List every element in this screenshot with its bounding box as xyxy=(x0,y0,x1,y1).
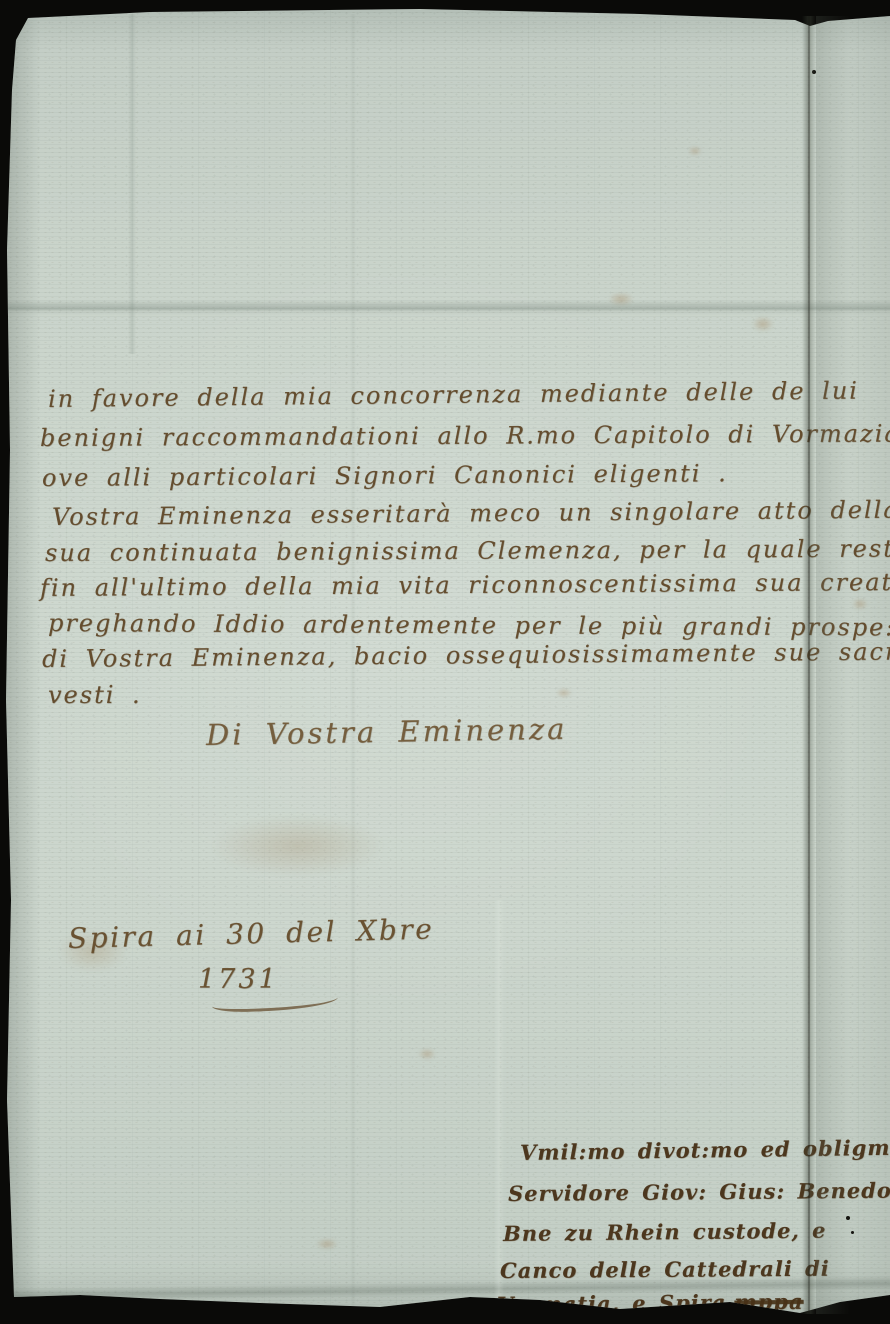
dateline-year: 1731 xyxy=(198,964,279,995)
body-paragraph1-line3: ove alli particolari Signori Canonici el… xyxy=(42,459,728,492)
foxing-spot xyxy=(608,292,634,306)
signature-line5: Vormatia, e Spiramppa xyxy=(497,1289,804,1317)
body-paragraph2-line3: fin all'ultimo della mia vita riconnosce… xyxy=(40,568,890,602)
body-paragraph2-line6: vesti . xyxy=(48,681,142,709)
signature-line4: Canco delle Cattedrali di xyxy=(500,1256,830,1283)
struck-out-word: mppa xyxy=(734,1289,803,1315)
closing-salutation: Di Vostra Eminenza xyxy=(206,712,568,752)
vertical-crease-center xyxy=(494,900,504,1312)
manuscript-photo-background: in favore della mia concorrenza mediante… xyxy=(0,0,890,1324)
horizontal-fold-crease-top xyxy=(8,300,890,316)
foxing-spot xyxy=(688,146,702,156)
body-paragraph2-line4: preghando Iddio ardentemente per le più … xyxy=(48,609,890,642)
letter-page: in favore della mia concorrenza mediante… xyxy=(0,0,890,1324)
foxing-spot xyxy=(852,598,868,610)
paper-speck xyxy=(851,1231,854,1234)
signature-line3: Bne zu Rhein custode, e xyxy=(503,1218,827,1246)
page-fold-line xyxy=(802,16,816,1314)
foxing-spot xyxy=(418,1048,436,1060)
signature-line5-text: Vormatia, e Spira xyxy=(497,1290,727,1317)
body-paragraph1-line2: benigni raccommandationi allo R.mo Capit… xyxy=(40,419,890,452)
ink-smudge xyxy=(210,815,385,877)
body-paragraph2-line2: sua continuata benignissima Clemenza, pe… xyxy=(45,534,890,567)
foxing-spot xyxy=(752,316,774,332)
foxing-spot xyxy=(316,1238,338,1250)
page-fold-shadow xyxy=(816,16,850,1314)
foxing-spot xyxy=(556,688,572,698)
vertical-crease-left xyxy=(128,14,136,354)
